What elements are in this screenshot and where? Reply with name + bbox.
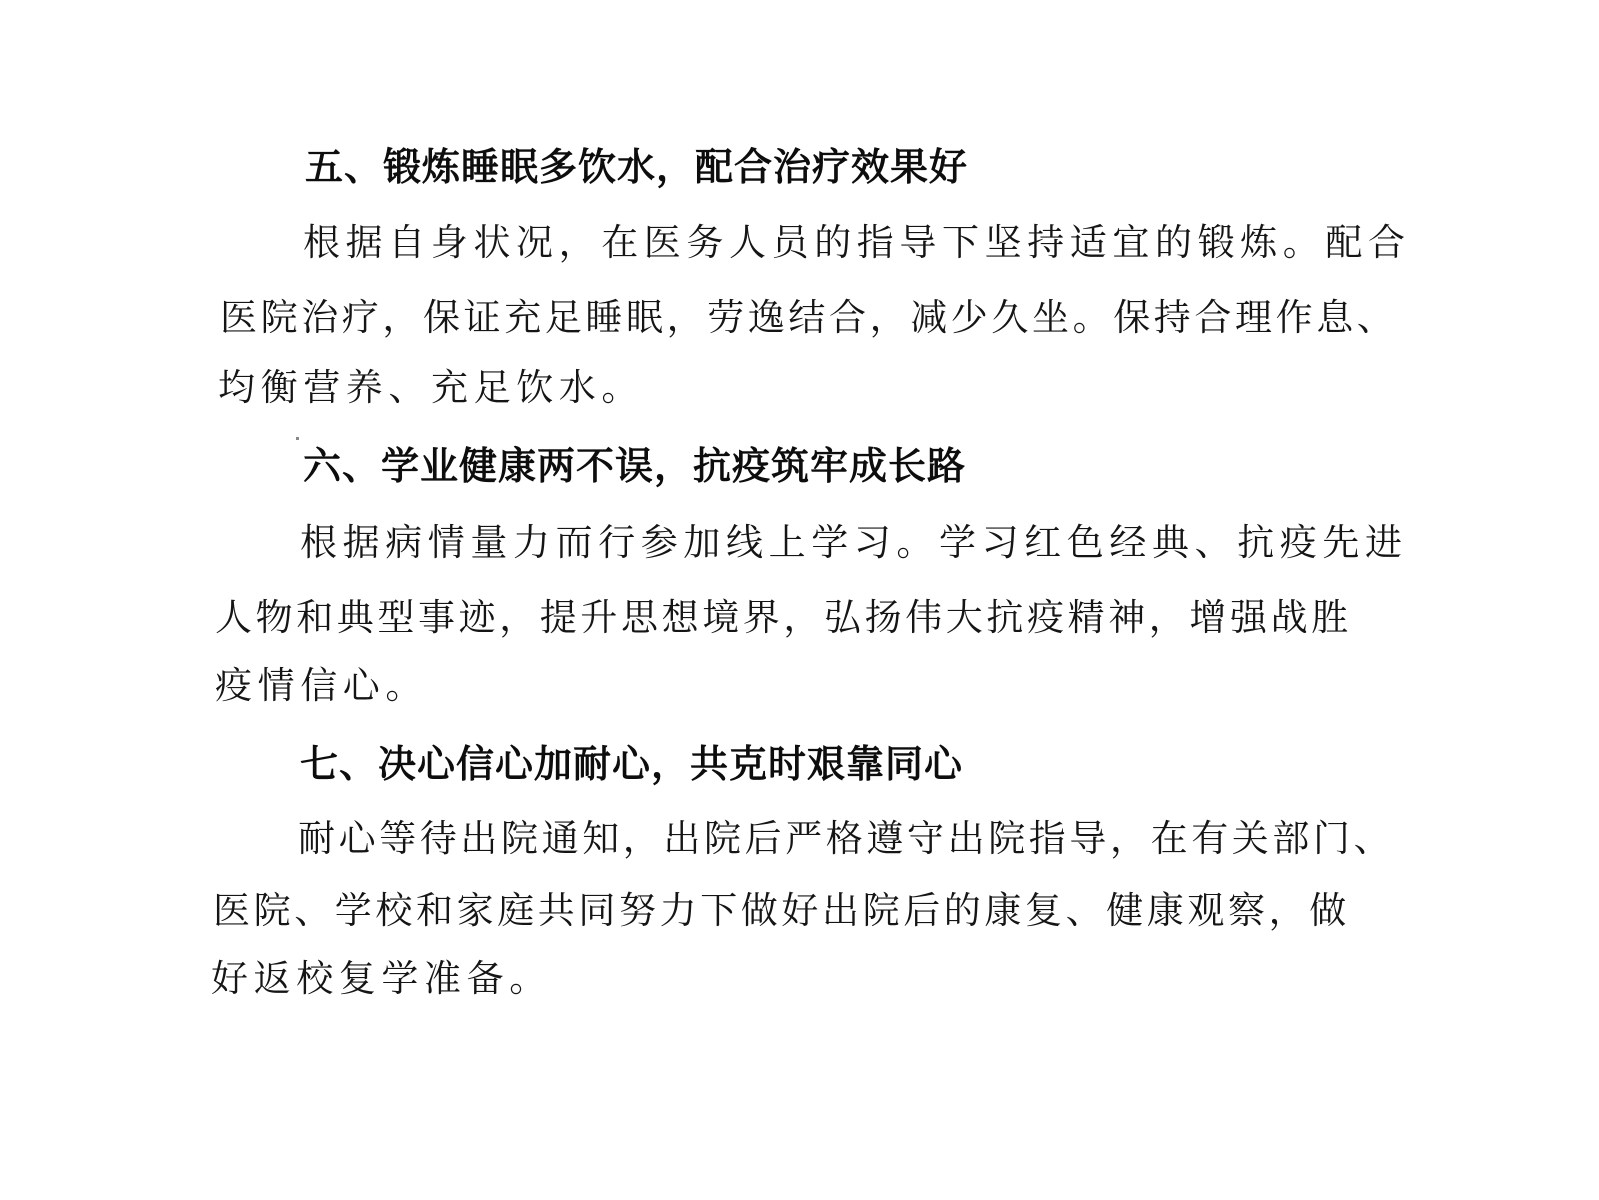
section-6-line-3: 疫情信心。	[215, 664, 428, 708]
document-page: 五、锻炼睡眠多饮水，配合治疗效果好 根据自身状况，在医务人员的指导下坚持适宜的锻…	[0, 0, 1599, 1200]
section-5-line-2: 医院治疗，保证充足睡眠，劳逸结合，减少久坐。保持合理作息、	[220, 296, 1397, 340]
scan-speck	[296, 437, 299, 440]
section-7-line-1: 耐心等待出院通知，出院后严格遵守出院指导，在有关部门、	[298, 817, 1394, 861]
section-6-line-1: 根据病情量力而行参加线上学习。学习红色经典、抗疫先进	[300, 521, 1408, 565]
section-6-line-2: 人物和典型事迹，提升思想境界，弘扬伟大抗疫精神，增强战胜	[215, 596, 1352, 640]
section-7-line-2: 医院、学校和家庭共同努力下做好出院后的康复、健康观察，做	[213, 889, 1350, 933]
section-heading-5: 五、锻炼睡眠多饮水，配合治疗效果好	[305, 145, 968, 189]
section-heading-6: 六、学业健康两不误，抗疫筑牢成长路	[303, 444, 966, 488]
section-heading-7: 七、决心信心加耐心，共克时艰靠同心	[300, 742, 963, 786]
section-5-line-3: 均衡营养、充足饮水。	[218, 366, 644, 410]
section-5-line-1: 根据自身状况，在医务人员的指导下坚持适宜的锻炼。配合	[303, 221, 1411, 265]
section-7-line-3: 好返校复学准备。	[211, 957, 552, 1001]
